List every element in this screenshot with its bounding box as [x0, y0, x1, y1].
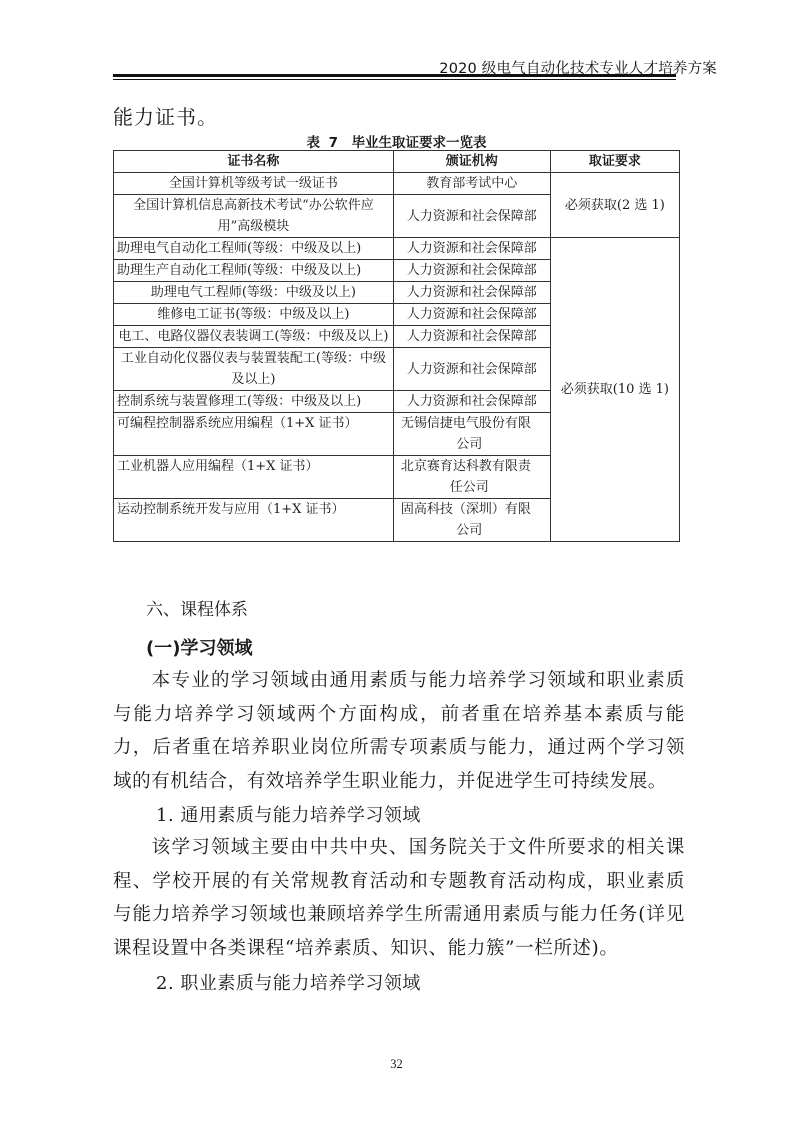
header-rule [113, 74, 676, 77]
issuer-line-1: 固高科技（深圳）有限 [397, 499, 542, 520]
page-number: 32 [0, 1057, 793, 1072]
certificate-name: 助理生产自动化工程师(等级：中级及以上) [114, 260, 394, 282]
certificate-issuer: 人力资源和社会保障部 [393, 282, 550, 304]
table-caption: 表 7 毕业生取证要求一览表 [113, 131, 680, 151]
certificate-issuer: 教育部考试中心 [393, 173, 550, 195]
body-paragraph: 该学习领域主要由中共中央、国务院关于文件所要求的相关课程、学校开展的有关常规教育… [113, 831, 685, 965]
paragraph-text: 该学习领域主要由中共中央、国务院关于文件所要求的相关课程、学校开展的有关常规教育… [113, 837, 685, 959]
certificate-issuer: 无锡信捷电气股份有限 公司 [393, 413, 550, 456]
table-row: 助理电气自动化工程师(等级：中级及以上) 人力资源和社会保障部 必须获取(10 … [114, 238, 680, 260]
table-row: 全国计算机等级考试一级证书 教育部考试中心 必须获取(2 选 1) [114, 173, 680, 195]
certificate-issuer: 人力资源和社会保障部 [393, 326, 550, 348]
certificate-name: 助理电气自动化工程师(等级：中级及以上) [114, 238, 394, 260]
item-heading: 1. 通用素质与能力培养学习领域 [156, 801, 421, 827]
certificate-issuer: 人力资源和社会保障部 [393, 348, 550, 391]
certificate-name: 工业自动化仪器仪表与装置装配工(等级：中级及以上) [114, 348, 394, 391]
certificate-issuer: 固高科技（深圳）有限 公司 [393, 499, 550, 542]
certificate-issuer: 人力资源和社会保障部 [393, 238, 550, 260]
continuation-text: 能力证书。 [113, 101, 218, 130]
certificate-issuer: 人力资源和社会保障部 [393, 260, 550, 282]
column-header-issuer: 颁证机构 [393, 151, 550, 173]
body-paragraph: 本专业的学习领域由通用素质与能力培养学习领域和职业素质与能力培养学习领域两个方面… [113, 664, 685, 798]
issuer-line-1: 北京赛育达科教有限责 [397, 456, 542, 477]
certificate-name: 工业机器人应用编程（1+X 证书） [114, 456, 394, 499]
column-header-requirement: 取证要求 [550, 151, 679, 173]
issuer-line-2: 任公司 [397, 477, 542, 498]
certificate-name: 全国计算机等级考试一级证书 [114, 173, 394, 195]
certificate-requirements-table: 证书名称 颁证机构 取证要求 全国计算机等级考试一级证书 教育部考试中心 必须获… [113, 150, 680, 542]
certificate-issuer: 人力资源和社会保障部 [393, 304, 550, 326]
table-header-row: 证书名称 颁证机构 取证要求 [114, 151, 680, 173]
certificate-name: 控制系统与装置修理工(等级：中级及以上) [114, 391, 394, 413]
issuer-line-2: 公司 [397, 434, 542, 455]
item-heading: 2. 职业素质与能力培养学习领域 [156, 969, 421, 995]
certificate-name: 可编程控制器系统应用编程（1+X 证书） [114, 413, 394, 456]
requirement-cell: 必须获取(2 选 1) [550, 173, 679, 238]
certificate-name: 助理电气工程师(等级：中级及以上) [114, 282, 394, 304]
header-rule-thin [113, 79, 676, 80]
issuer-line-2: 公司 [397, 520, 542, 541]
certificate-issuer: 人力资源和社会保障部 [393, 195, 550, 238]
certificate-issuer: 人力资源和社会保障部 [393, 391, 550, 413]
paragraph-text: 本专业的学习领域由通用素质与能力培养学习领域和职业素质与能力培养学习领域两个方面… [113, 670, 685, 792]
certificate-name: 维修电工证书(等级：中级及以上) [114, 304, 394, 326]
certificate-name: 电工、电路仪器仪表装调工(等级：中级及以上) [114, 326, 394, 348]
certificate-name: 运动控制系统开发与应用（1+X 证书） [114, 499, 394, 542]
section-heading: 六、课程体系 [146, 595, 248, 620]
issuer-line-1: 无锡信捷电气股份有限 [397, 413, 542, 434]
column-header-certificate-name: 证书名称 [114, 151, 394, 173]
subsection-heading: (一)学习领域 [146, 634, 252, 660]
requirement-cell: 必须获取(10 选 1) [550, 238, 679, 542]
certificate-issuer: 北京赛育达科教有限责 任公司 [393, 456, 550, 499]
certificate-name: 全国计算机信息高新技术考试“办公软件应用”高级模块 [114, 195, 394, 238]
